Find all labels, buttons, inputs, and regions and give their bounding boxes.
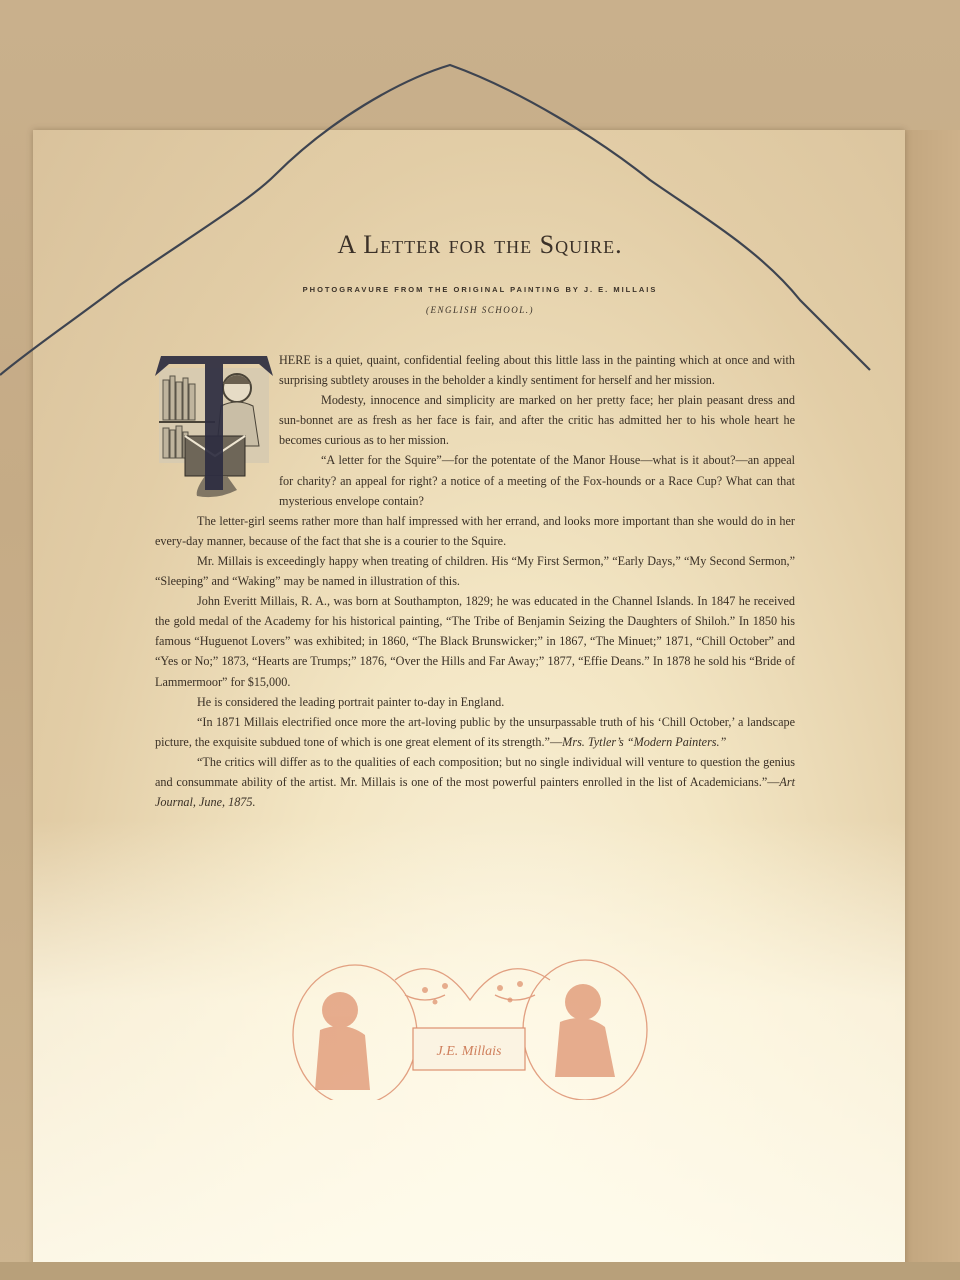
quote-art-journal: “The critics will differ as to the quali… <box>155 752 795 812</box>
millais-vignette-illustration-icon: J.E. Millais <box>285 950 655 1100</box>
hanging-wire-icon <box>0 0 960 420</box>
quote-tytler: “In 1871 Millais electrified once more t… <box>155 712 795 752</box>
paragraph-7: He is considered the leading portrait pa… <box>155 692 795 712</box>
quote-source: Mrs. Tytler’s “Modern Painters.” <box>562 735 726 749</box>
paragraph-6: John Everitt Millais, R. A., was born at… <box>155 591 795 691</box>
paragraph-5: Mr. Millais is exceedingly happy when tr… <box>155 551 795 591</box>
frame-bottom-edge <box>0 1262 960 1280</box>
paragraph-4: The letter-girl seems rather more than h… <box>155 511 795 551</box>
quote-text: “The critics will differ as to the quali… <box>155 755 795 789</box>
vignette-signature: J.E. Millais <box>437 1044 502 1059</box>
